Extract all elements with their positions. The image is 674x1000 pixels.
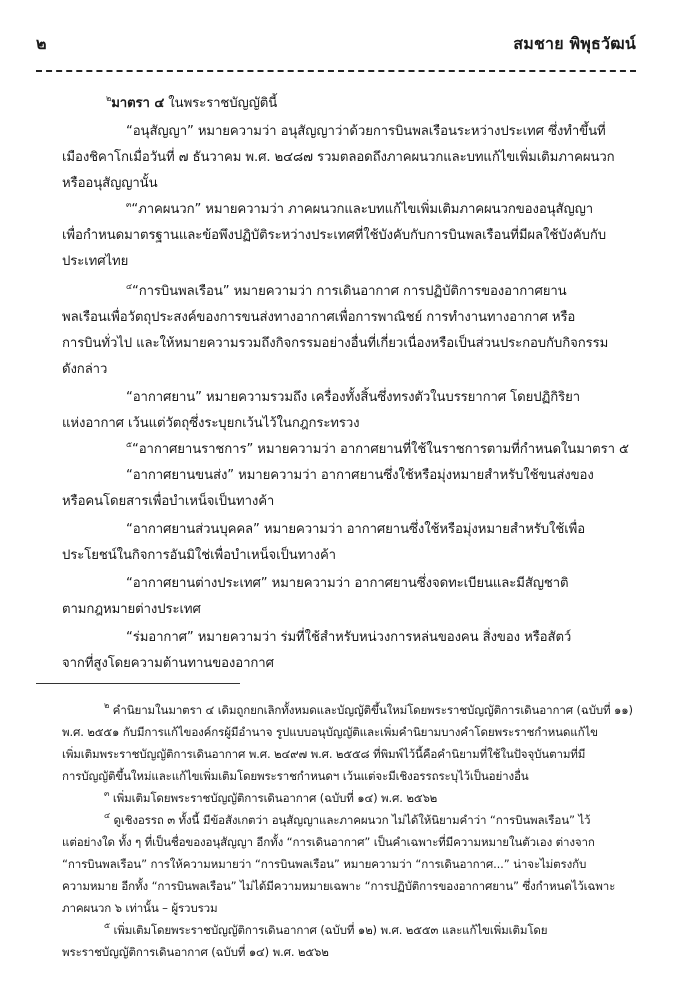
fn5-2: พระราชบัญญัติการเดินอากาศ (ฉบับที่ ๑๔) พ… [62,945,329,959]
def-convention-2: เมืองชิคาโกเมื่อวันที่ ๗ ธันวาคม พ.ศ. ๒๔… [62,150,615,166]
def-annex-2: เพื่อกำหนดมาตรฐานและข้อพึงปฏิบัติระหว่าง… [62,228,606,244]
header-divider [36,70,636,72]
def-private-aircraft-1: “อากาศยานส่วนบุคคล” หมายความว่า อากาศยาน… [126,522,585,538]
line-text: “อากาศยานส่วนบุคคล” หมายความว่า อากาศยาน… [126,522,585,537]
def-civil-aviation-1: ๔“การบินพลเรือน” หมายความว่า การเดินอากา… [126,284,567,300]
def-civil-aviation-4: ดังกล่าว [62,362,107,378]
def-civil-aviation-2: พลเรือนเพื่อวัตถุประสงค์ของการขนส่งทางอา… [62,310,575,326]
line-text: “อากาศยาน” หมายความรวมถึง เครื่องทั้งสิ้… [126,390,580,405]
page-number: ๒ [36,32,47,57]
def-aircraft-2: แห่งอากาศ เว้นแต่วัตถุซึ่งระบุยกเว้นไว้ใ… [62,416,360,432]
line-text: พ.ศ. ๒๕๕๑ กับมีการแก้ไของค์กรผู้มีอำนาจ … [62,725,598,739]
def-transport-aircraft-1: “อากาศยานขนส่ง” หมายความว่า อากาศยานซึ่ง… [126,468,594,484]
fn2-4: การบัญญัติขึ้นใหม่และแก้ไขเพิ่มเติมโดยพร… [62,769,529,783]
line-text: การบัญญัติขึ้นใหม่และแก้ไขเพิ่มเติมโดยพร… [62,769,529,783]
line-text: “อนุสัญญา” หมายความว่า อนุสัญญาว่าด้วยกา… [126,124,606,139]
document-page: ๒ สมชาย พิพุธวัฒน์ ๒มาตรา ๔ ในพระราชบัญญ… [0,0,674,1000]
fn4-2: แต่อย่างใด ทั้ง ๆ ที่เป็นชื่อของอนุสัญญา… [62,835,595,849]
fn5-1: ๕ เพิ่มเติมโดยพระราชบัญญัติการเดินอากาศ … [104,923,547,937]
def-parachute-1: “ร่มอากาศ” หมายความว่า ร่มที่ใช้สำหรับหน… [126,630,571,646]
line-text: หรือคนโดยสารเพื่อบำเหน็จเป็นทางค้า [62,494,274,509]
line-text: ตามกฎหมายต่างประเทศ [62,602,201,617]
line-text: เพิ่มเติมพระราชบัญญัติการเดินอากาศ พ.ศ. … [62,747,585,761]
line-text: ประเทศไทย [62,254,128,269]
line-text: แต่อย่างใด ทั้ง ๆ ที่เป็นชื่อของอนุสัญญา… [62,835,595,849]
def-private-aircraft-2: ประโยชน์ในกิจการอันมิใช่เพื่อบำเหน็จเป็น… [62,548,336,564]
line-text: “การบินพลเรือน” การให้ความหมายว่า “การบิ… [62,857,586,871]
fn3-1: ๓ เพิ่มเติมโดยพระราชบัญญัติการเดินอากาศ … [104,791,437,805]
line-text: เพิ่มเติมโดยพระราชบัญญัติการเดินอากาศ (ฉ… [109,791,437,805]
fn2-1: ๒ คำนิยามในมาตรา ๔ เดิมถูกยกเลิกทั้งหมดแ… [104,703,633,717]
def-convention-3: หรืออนุสัญญานั้น [62,176,158,192]
def-aircraft-1: “อากาศยาน” หมายความรวมถึง เครื่องทั้งสิ้… [126,390,580,406]
line-text: เมืองชิคาโกเมื่อวันที่ ๗ ธันวาคม พ.ศ. ๒๔… [62,150,615,165]
line-text: พลเรือนเพื่อวัตถุประสงค์ของการขนส่งทางอา… [62,310,575,325]
def-parachute-2: จากที่สูงโดยความต้านทานของอากาศ [62,656,274,672]
line-text: ภาคผนวก ๖ เท่านั้น – ผู้รวบรวม [62,901,218,915]
def-annex-1: ๓“ภาคผนวก” หมายความว่า ภาคผนวกและบทแก้ไข… [126,202,593,218]
def-transport-aircraft-2: หรือคนโดยสารเพื่อบำเหน็จเป็นทางค้า [62,494,274,510]
fn4-5: ภาคผนวก ๖ เท่านั้น – ผู้รวบรวม [62,901,218,915]
line-text: “อากาศยานราชการ” หมายความว่า อากาศยานที่… [132,442,629,457]
line-text: พระราชบัญญัติการเดินอากาศ (ฉบับที่ ๑๔) พ… [62,945,329,959]
line-text: “ร่มอากาศ” หมายความว่า ร่มที่ใช้สำหรับหน… [126,630,571,645]
fn4-4: ความหมาย อีกทั้ง “การบินพลเรือน” ไม่ได้ม… [62,879,615,893]
def-foreign-aircraft-1: “อากาศยานต่างประเทศ” หมายความว่า อากาศยา… [126,576,569,592]
line-text: หรืออนุสัญญานั้น [62,176,158,191]
line-text: “อากาศยานต่างประเทศ” หมายความว่า อากาศยา… [126,576,569,591]
fn2-2: พ.ศ. ๒๕๕๑ กับมีการแก้ไของค์กรผู้มีอำนาจ … [62,725,598,739]
fn4-3: “การบินพลเรือน” การให้ความหมายว่า “การบิ… [62,857,586,871]
line-text: “อากาศยานขนส่ง” หมายความว่า อากาศยานซึ่ง… [126,468,594,483]
footnote-separator [36,683,240,684]
section-heading: ๒มาตรา ๔ ในพระราชบัญญัตินี้ [106,96,277,112]
section-intro: ในพระราชบัญญัตินี้ [164,96,277,111]
line-text: “การบินพลเรือน” หมายความว่า การเดินอากาศ… [132,284,567,299]
line-text: ดูเชิงอรรถ ๓ ทั้งนี้ มีข้อสังเกตว่า อนุส… [110,813,591,827]
line-text: “ภาคผนวก” หมายความว่า ภาคผนวกและบทแก้ไขเ… [131,202,593,217]
page-header: ๒ สมชาย พิพุธวัฒน์ [36,32,636,56]
def-annex-3: ประเทศไทย [62,254,128,270]
line-text: เพื่อกำหนดมาตรฐานและข้อพึงปฏิบัติระหว่าง… [62,228,606,243]
line-text: ความหมาย อีกทั้ง “การบินพลเรือน” ไม่ได้ม… [62,879,615,893]
line-text: จากที่สูงโดยความต้านทานของอากาศ [62,656,274,671]
def-foreign-aircraft-2: ตามกฎหมายต่างประเทศ [62,602,201,618]
line-text: ประโยชน์ในกิจการอันมิใช่เพื่อบำเหน็จเป็น… [62,548,336,563]
fn2-3: เพิ่มเติมพระราชบัญญัติการเดินอากาศ พ.ศ. … [62,747,585,761]
line-text: แห่งอากาศ เว้นแต่วัตถุซึ่งระบุยกเว้นไว้ใ… [62,416,360,431]
line-text: เพิ่มเติมโดยพระราชบัญญัติการเดินอากาศ (ฉ… [110,923,548,937]
author-name: สมชาย พิพุธวัฒน์ [513,32,636,57]
def-convention-1: “อนุสัญญา” หมายความว่า อนุสัญญาว่าด้วยกา… [126,124,606,140]
def-state-aircraft-1: ๕“อากาศยานราชการ” หมายความว่า อากาศยานที… [126,442,629,458]
line-text: คำนิยามในมาตรา ๔ เดิมถูกยกเลิกทั้งหมดและ… [109,703,633,717]
fn4-1: ๔ ดูเชิงอรรถ ๓ ทั้งนี้ มีข้อสังเกตว่า อน… [104,813,590,827]
def-civil-aviation-3: การบินทั่วไป และให้หมายความรวมถึงกิจกรรม… [62,336,608,352]
section-title: มาตรา ๔ [111,96,164,111]
line-text: ดังกล่าว [62,362,107,377]
line-text: การบินทั่วไป และให้หมายความรวมถึงกิจกรรม… [62,336,608,351]
